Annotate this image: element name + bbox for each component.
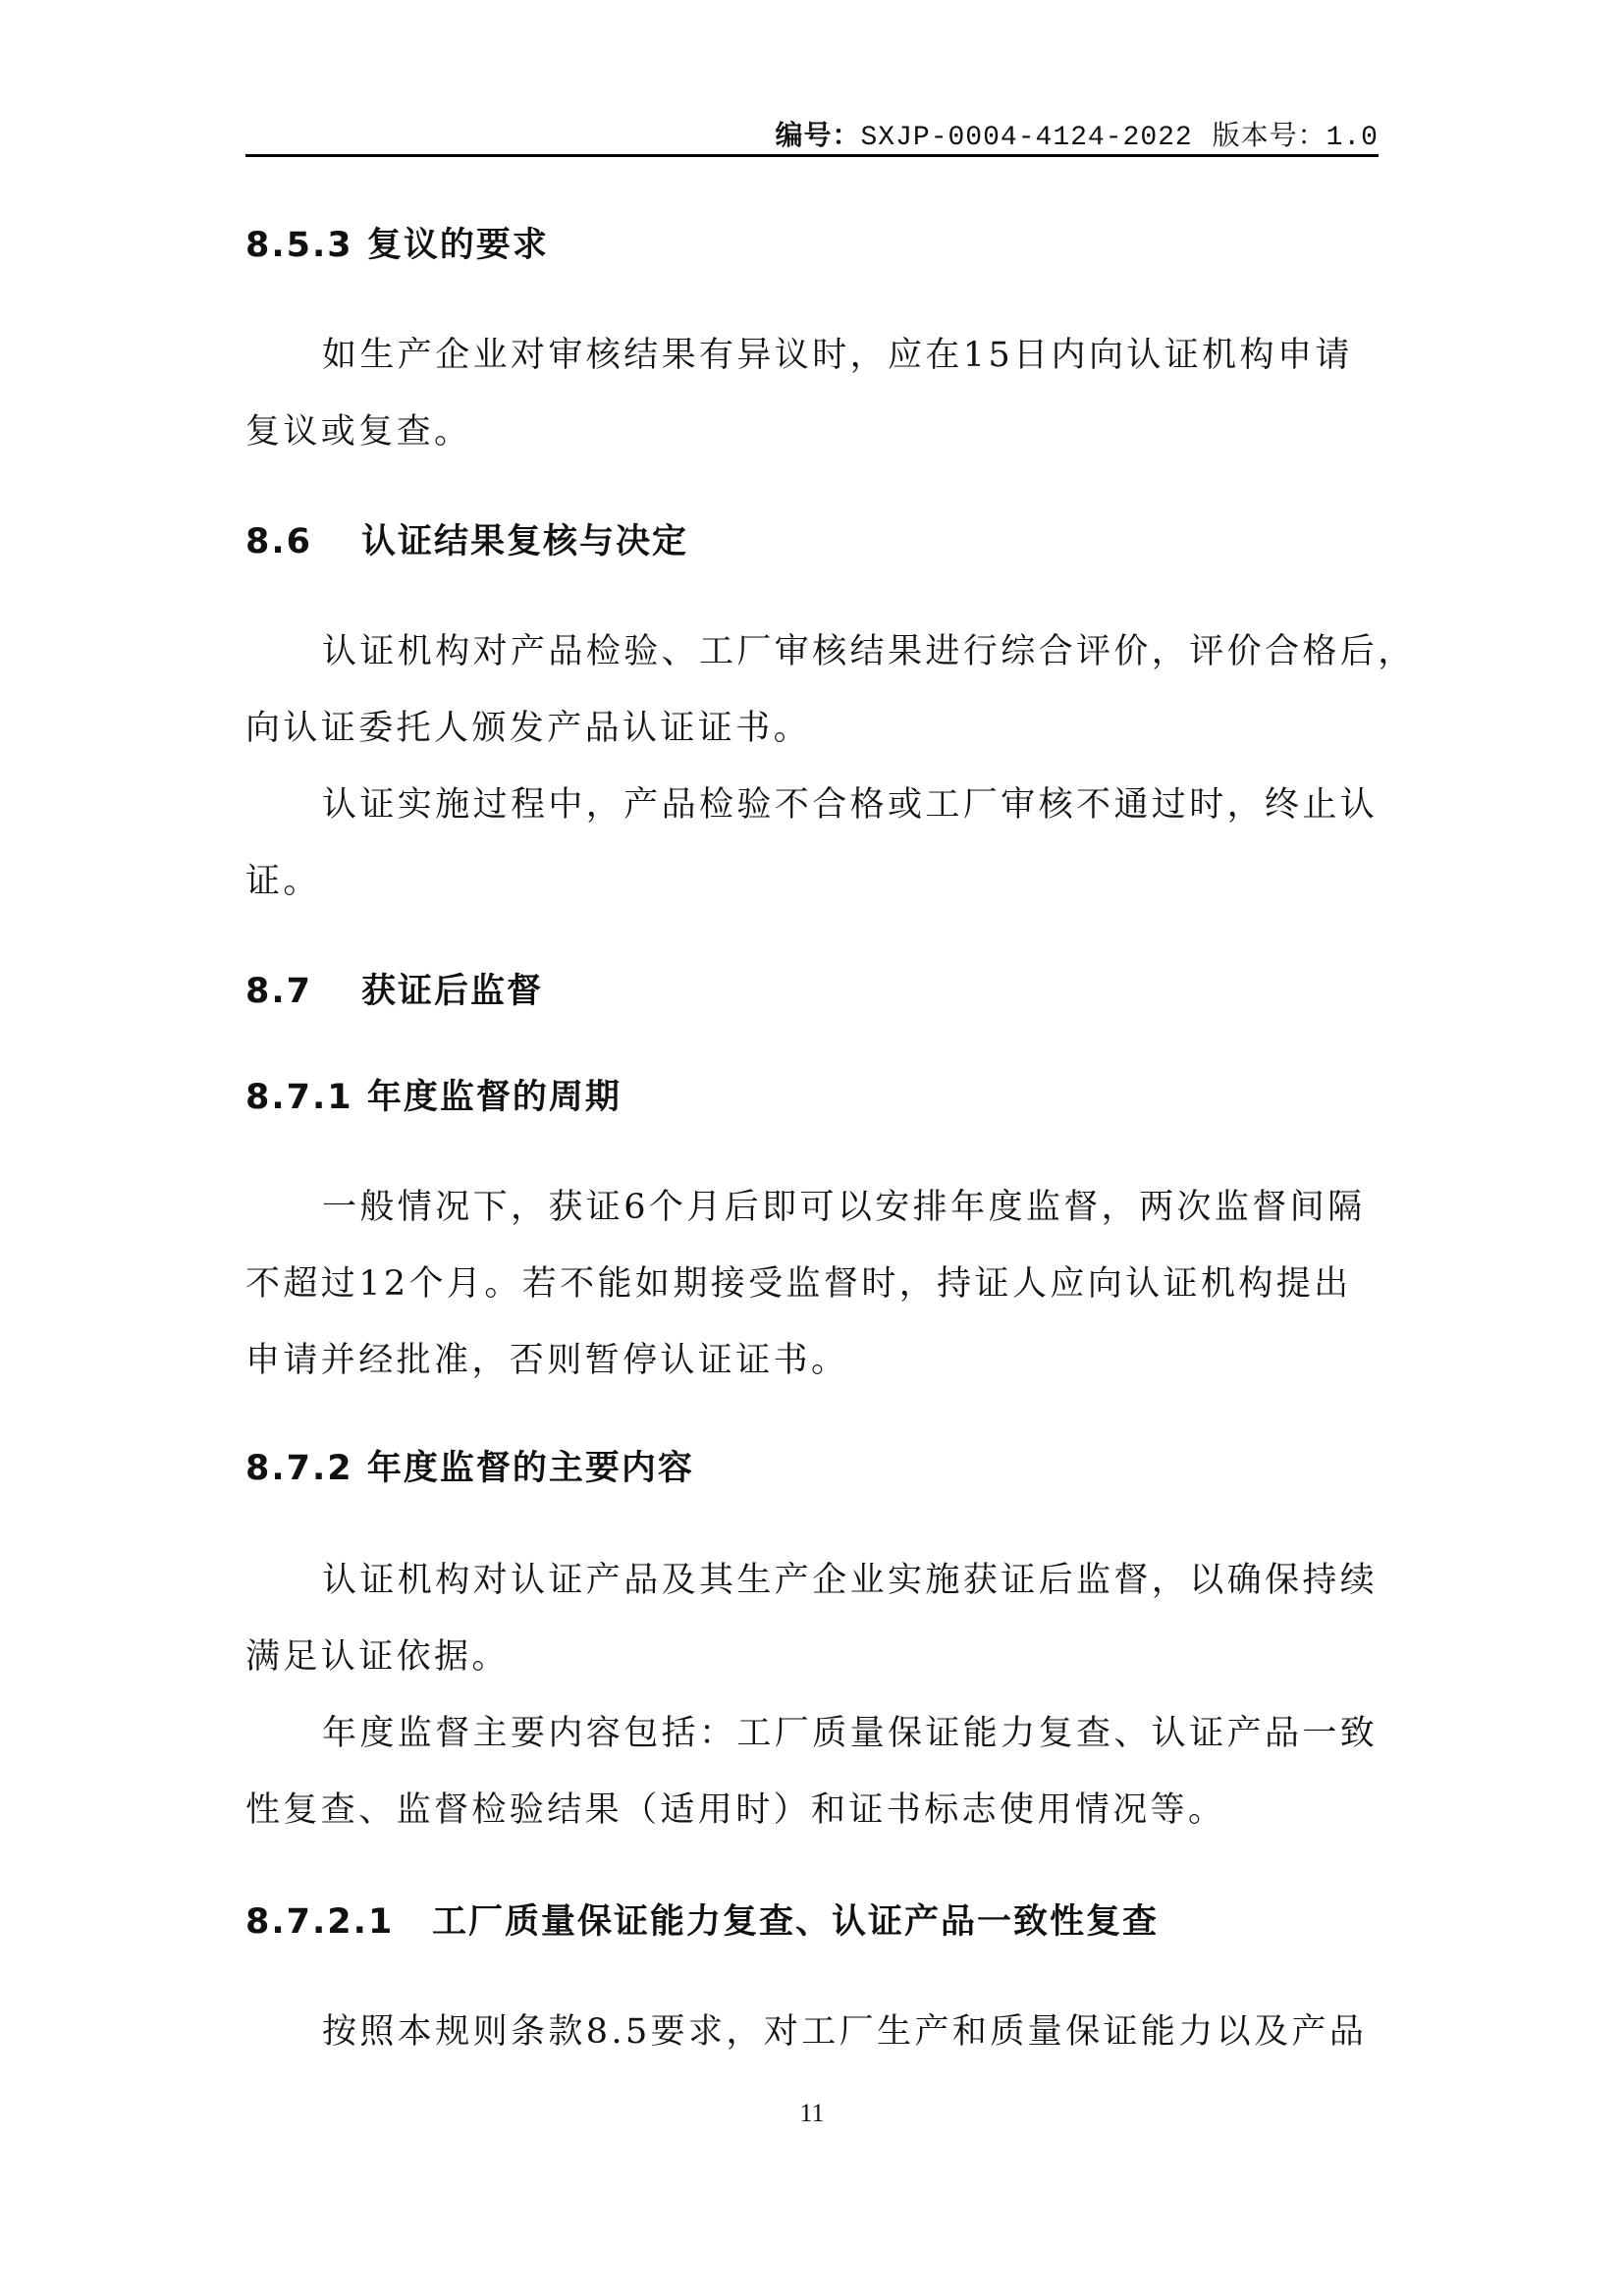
heading-8-7-1: 8.7.1 年度监督的周期 [245, 1076, 1384, 1119]
heading-title: 年度监督的主要内容 [367, 1449, 694, 1488]
heading-number: 8.7.1 [245, 1076, 353, 1119]
heading-8-7-2: 8.7.2 年度监督的主要内容 [245, 1447, 1384, 1490]
heading-8-5-3: 8.5.3 复议的要求 [245, 224, 1384, 267]
heading-8-7-2-1: 8.7.2.1工厂质量保证能力复查、认证产品一致性复查 [245, 1900, 1384, 1944]
version-number: 1.0 [1326, 123, 1379, 153]
paragraph-line: 证。 [245, 860, 1384, 903]
heading-8-7: 8.7获证后监督 [245, 970, 1384, 1013]
header-rule [245, 154, 1379, 157]
heading-8-6: 8.6认证结果复核与决定 [245, 520, 1384, 563]
paragraph-line: 申请并经批准，否则暂停认证证书。 [245, 1339, 1384, 1382]
paragraph-line: 认证机构对认证产品及其生产企业实施获证后监督，以确保持续 [322, 1559, 1461, 1602]
heading-number: 8.7.2.1 [245, 1900, 432, 1944]
paragraph-line: 认证机构对产品检验、工厂审核结果进行综合评价，评价合格后， [322, 630, 1461, 673]
paragraph-line: 一般情况下，获证6个月后即可以安排年度监督，两次监督间隔 [322, 1186, 1461, 1229]
heading-title: 复议的要求 [367, 226, 549, 265]
paragraph-line: 认证实施过程中，产品检验不合格或工厂审核不通过时，终止认 [322, 783, 1461, 827]
heading-title: 年度监督的周期 [367, 1078, 622, 1117]
page-number: 11 [0, 2099, 1624, 2128]
paragraph-line: 性复查、监督检验结果（适用时）和证书标志使用情况等。 [245, 1789, 1384, 1832]
document-header: 编号：SXJP-0004-4124-2022 版本号：1.0 [245, 116, 1379, 155]
heading-number: 8.6 [245, 520, 361, 563]
doc-number-label: 编号： [775, 119, 860, 151]
paragraph-line: 复议或复查。 [245, 410, 1384, 454]
heading-title: 认证结果复核与决定 [361, 522, 688, 561]
heading-number: 8.7 [245, 970, 361, 1013]
paragraph-line: 向认证委托人颁发产品认证证书。 [245, 707, 1384, 750]
paragraph-line: 满足认证依据。 [245, 1635, 1384, 1679]
paragraph-line: 年度监督主要内容包括：工厂质量保证能力复查、认证产品一致 [322, 1712, 1461, 1755]
heading-title: 获证后监督 [361, 972, 543, 1011]
heading-title: 工厂质量保证能力复查、认证产品一致性复查 [432, 1902, 1159, 1942]
paragraph-line: 不超过12个月。若不能如期接受监督时，持证人应向认证机构提出 [245, 1262, 1384, 1306]
paragraph-line: 如生产企业对审核结果有异议时，应在15日内向认证机构申请 [322, 334, 1461, 377]
version-label: 版本号： [1213, 119, 1326, 151]
heading-number: 8.5.3 [245, 224, 353, 267]
doc-number: SXJP-0004-4124-2022 [860, 123, 1192, 153]
paragraph-line: 按照本规则条款8.5要求，对工厂生产和质量保证能力以及产品 [322, 2010, 1461, 2054]
heading-number: 8.7.2 [245, 1447, 353, 1490]
